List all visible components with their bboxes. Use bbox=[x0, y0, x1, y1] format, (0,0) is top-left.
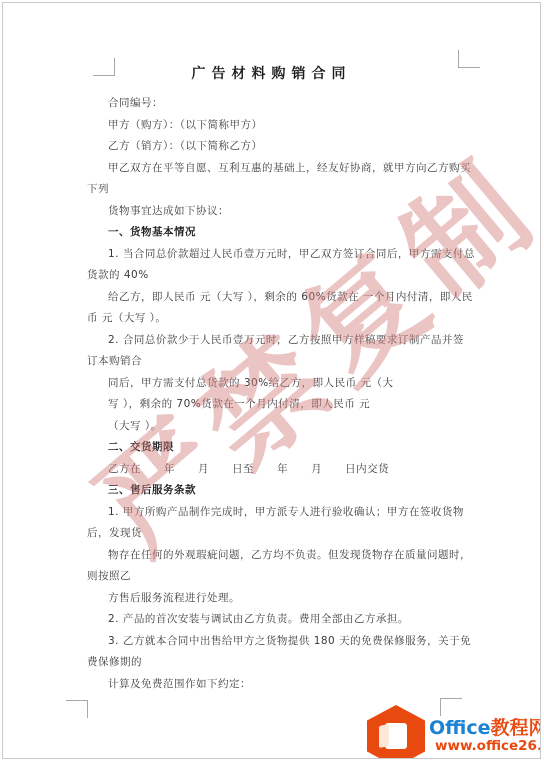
paragraph-line: 后，发现货 bbox=[87, 523, 479, 545]
brand-name-chinese: 教程网 bbox=[491, 717, 542, 739]
paragraph-line: 币 元（大写 ）。 bbox=[87, 308, 479, 330]
paragraph-line: 同后，甲方需支付总货款的 30%给乙方，即人民币 元（大 bbox=[87, 373, 479, 395]
document-viewport: 广告材料购销合同 合同编号：甲方（购方）：（以下简称甲方）乙方（销方）：（以下简… bbox=[0, 0, 544, 765]
document-page: 广告材料购销合同 合同编号：甲方（购方）：（以下简称甲方）乙方（销方）：（以下简… bbox=[2, 2, 541, 759]
document-body: 合同编号：甲方（购方）：（以下简称甲方）乙方（销方）：（以下简称乙方）甲乙双方在… bbox=[87, 93, 479, 695]
margin-corner-mark-bottom-left bbox=[66, 700, 88, 718]
brand-name: Office教程网 bbox=[429, 719, 541, 739]
paragraph-line: 2. 合同总价款少于人民币壹万元时，乙方按照甲方样稿要求订制产品并签 bbox=[87, 330, 479, 352]
document-title: 广告材料购销合同 bbox=[3, 63, 540, 83]
paragraph-line: 甲方（购方）：（以下简称甲方） bbox=[87, 115, 479, 137]
paragraph-line: 3. 乙方就本合同中出售给甲方之货物提供 180 天的免费保修服务，关于免 bbox=[87, 631, 479, 653]
brand-stamp: Office教程网 www.office26.com bbox=[367, 706, 541, 759]
paragraph-line: 订本购销合 bbox=[87, 351, 479, 373]
paragraph-line: 1. 当合同总价款超过人民币壹万元时，甲乙双方签订合同后，甲方需支付总 bbox=[87, 244, 479, 266]
paragraph-line: 给乙方，即人民币 元（大写 ），剩余的 60%货款在 一个月内付清，即人民 bbox=[87, 287, 479, 309]
paragraph-line: 2. 产品的首次安装与调试由乙方负责。费用全部由乙方承担。 bbox=[87, 609, 479, 631]
paragraph-line: 下列 bbox=[87, 179, 479, 201]
paragraph-line: 方售后服务流程进行处理。 bbox=[87, 588, 479, 610]
paragraph-line: 货物事宜达成如下协议： bbox=[87, 201, 479, 223]
paragraph-line: 三、售后服务条款 bbox=[87, 480, 479, 502]
paragraph-line: 物存在任何的外观瑕疵问题，乙方均不负责。但发现货物存在质量问题时， bbox=[87, 545, 479, 567]
paragraph-line: 甲乙双方在平等自愿、互利互惠的基础上，经友好协商，就甲方向乙方购买 bbox=[87, 158, 479, 180]
paragraph-line: 1. 甲方所购产品制作完成时，甲方派专人进行验收确认；甲方在签收货物 bbox=[87, 502, 479, 524]
paragraph-line: 乙方在 年 月 日至 年 月 日内交货 bbox=[87, 459, 479, 481]
paragraph-line: 二、交货期限 bbox=[87, 437, 479, 459]
paragraph-line: 货款的 40% bbox=[87, 265, 479, 287]
brand-text-block: Office教程网 www.office26.com bbox=[429, 719, 541, 753]
paragraph-line: （大写 ）。 bbox=[87, 416, 479, 438]
paragraph-line: 计算及免费范围作如下约定： bbox=[87, 674, 479, 696]
paragraph-line: 一、货物基本情况 bbox=[87, 222, 479, 244]
paragraph-line: 费保修期的 bbox=[87, 652, 479, 674]
office-door-icon bbox=[385, 723, 407, 749]
office-hexagon-logo-icon bbox=[367, 705, 425, 759]
brand-name-office: Office bbox=[429, 717, 491, 739]
paragraph-line: 合同编号： bbox=[87, 93, 479, 115]
paragraph-line: 则按照乙 bbox=[87, 566, 479, 588]
paragraph-line: 乙方（销方）：（以下简称乙方） bbox=[87, 136, 479, 158]
brand-url: www.office26.com bbox=[429, 739, 541, 753]
paragraph-line: 写 ），剩余的 70%货款在一个月内付清，即人民币 元 bbox=[87, 394, 479, 416]
